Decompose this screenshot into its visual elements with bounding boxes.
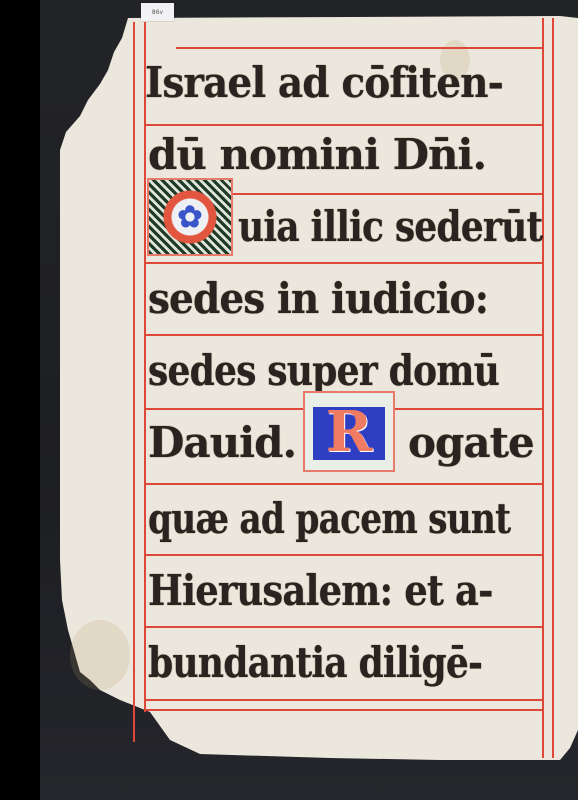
shelfmark-text: 86v (152, 9, 163, 16)
ruling-line (144, 124, 542, 126)
ruling-line (144, 626, 542, 628)
ruling-right-inner (542, 18, 544, 758)
stain-bottom-left (70, 620, 130, 690)
text-line-2: dū nomini Dn̄i. (148, 134, 486, 176)
ruling-line (233, 193, 542, 195)
text-line-9: bundantia diligē- (148, 642, 482, 684)
text-line-4: sedes in iudicio: (148, 278, 488, 320)
flower-icon: ✿ (149, 180, 231, 254)
text-line-6b: ogate (408, 422, 534, 464)
shelfmark-label: 86v (141, 3, 174, 21)
decorated-initial-q: ✿ (147, 178, 233, 256)
ruling-left-outer (133, 22, 135, 742)
ruling-right-outer (552, 18, 554, 758)
text-line-8: Hierusalem: et a- (148, 570, 493, 612)
text-line-3: uia illic sederūt (238, 206, 542, 248)
text-line-5: sedes super domū (148, 350, 499, 392)
ruling-line (395, 408, 542, 410)
ruling-line (144, 483, 542, 485)
ruling-line (176, 47, 542, 49)
ruling-line (144, 699, 542, 701)
text-line-6a: Dauid. (148, 422, 296, 464)
ruling-line (144, 334, 542, 336)
initial-letter-r: R (305, 393, 393, 470)
text-line-7: quæ ad pacem sunt (148, 498, 510, 540)
decorated-initial-r: R (303, 391, 395, 472)
ruling-line (144, 554, 542, 556)
ruling-line (144, 262, 542, 264)
ruling-line (144, 408, 303, 410)
ruling-line (144, 709, 542, 711)
text-line-1: Israel ad cōfiten- (145, 62, 503, 104)
